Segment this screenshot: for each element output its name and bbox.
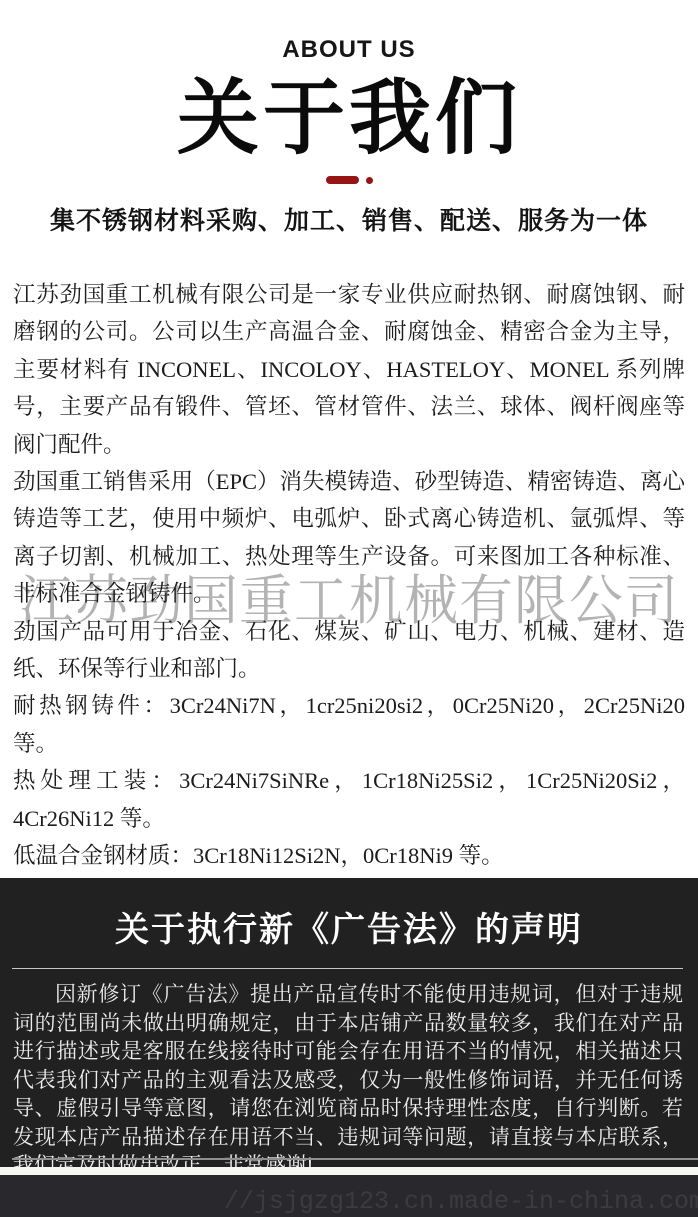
statement-divider-top bbox=[12, 968, 683, 969]
about-paragraph: 江苏劲国重工机械有限公司是一家专业供应耐热钢、耐腐蚀钢、耐磨钢的公司。公司以生产… bbox=[13, 276, 685, 463]
about-paragraph: 劲国重工销售采用（EPC）消失模铸造、砂型铸造、精密铸造、离心铸造等工艺，使用中… bbox=[13, 463, 685, 613]
page-title: 关于我们 bbox=[0, 76, 698, 161]
accent-dot-icon bbox=[366, 177, 373, 184]
about-paragraph: 热处理工装：3Cr24Ni7SiNRe，1Cr18Ni25Si2，1Cr25Ni… bbox=[13, 762, 685, 837]
statement-title: 关于执行新《广告法》的声明 bbox=[0, 902, 698, 951]
footer-strip: //jsjgzg123.cn.made-in-china.com bbox=[0, 1175, 698, 1217]
accent-dash-icon bbox=[326, 176, 359, 184]
statement-divider-bottom bbox=[12, 1158, 698, 1160]
footer-url-watermark: //jsjgzg123.cn.made-in-china.com bbox=[224, 1187, 698, 1216]
hero-section: ABOUT US 关于我们 集不锈钢材料采购、加工、销售、配送、服务为一体 bbox=[0, 0, 698, 237]
accent-divider bbox=[0, 176, 698, 184]
white-separator-band bbox=[0, 1167, 698, 1175]
about-paragraph: 低温合金钢材质：3Cr18Ni12Si2N，0Cr18Ni9 等。 bbox=[13, 837, 685, 874]
about-paragraph: 劲国产品可用于冶金、石化、煤炭、矿山、电力、机械、建材、造纸、环保等行业和部门。 bbox=[13, 613, 685, 688]
about-paragraph: 耐热钢铸件：3Cr24Ni7N，1cr25ni20si2，0Cr25Ni20，2… bbox=[13, 687, 685, 762]
hero-subtitle: 集不锈钢材料采购、加工、销售、配送、服务为一体 bbox=[0, 201, 698, 237]
about-body: 江苏劲国重工机械有限公司是一家专业供应耐热钢、耐腐蚀钢、耐磨钢的公司。公司以生产… bbox=[13, 276, 685, 912]
ad-law-statement-section: 关于执行新《广告法》的声明 因新修订《广告法》提出产品宣传时不能使用违规词，但对… bbox=[0, 878, 698, 1167]
statement-body: 因新修订《广告法》提出产品宣传时不能使用违规词，但对于违规词的范围尚未做出明确规… bbox=[13, 981, 683, 1181]
about-page: ABOUT US 关于我们 集不锈钢材料采购、加工、销售、配送、服务为一体 江苏… bbox=[0, 0, 698, 1217]
eyebrow-text: ABOUT US bbox=[0, 36, 698, 64]
